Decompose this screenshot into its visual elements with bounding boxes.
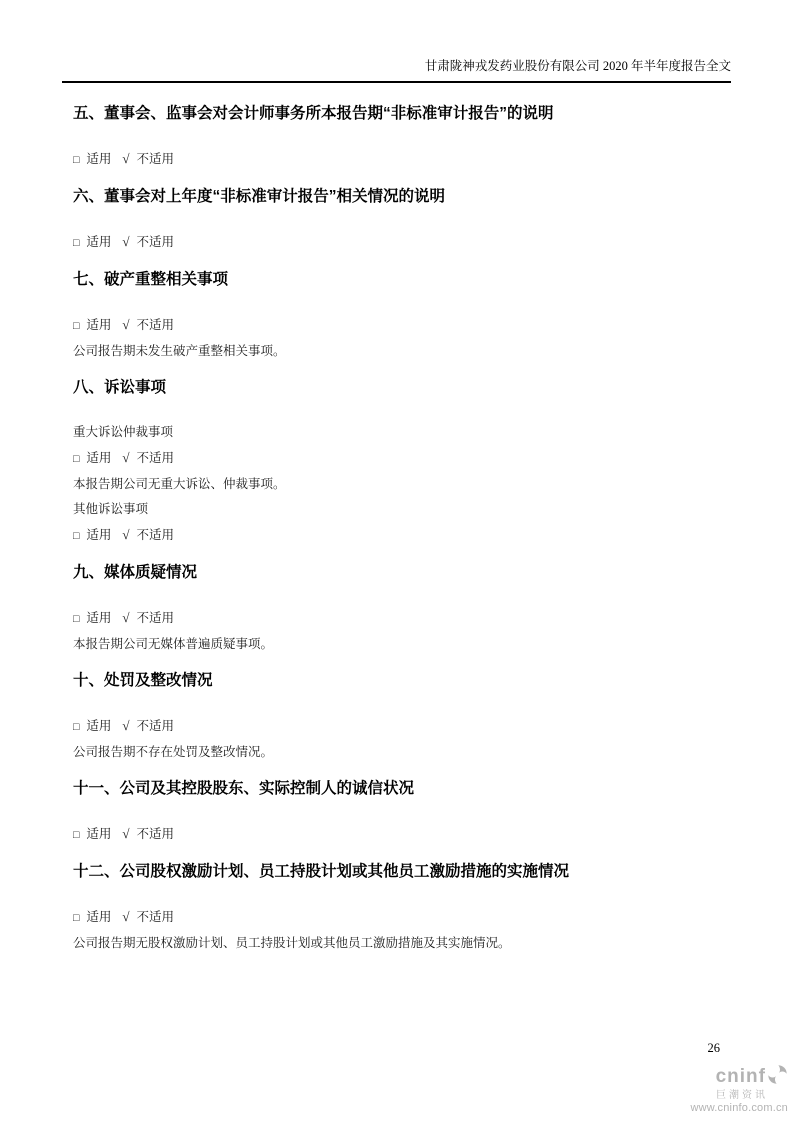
- section-7-title: 七、破产重整相关事项: [73, 269, 731, 290]
- not-applicable-label: 不适用: [137, 910, 175, 924]
- applicable-label: 适用: [86, 235, 111, 249]
- applicability-line: □适用√不适用: [73, 312, 731, 339]
- checkmark-icon: √: [122, 909, 129, 924]
- section-8-note-major: 本报告期公司无重大诉讼、仲裁事项。: [73, 472, 731, 497]
- applicable-label: 适用: [86, 719, 111, 733]
- section-6-title: 六、董事会对上年度“非标准审计报告”相关情况的说明: [73, 186, 731, 207]
- applicable-label: 适用: [86, 611, 111, 625]
- applicable-label: 适用: [86, 827, 111, 841]
- page-header: 甘肃陇神戎发药业股份有限公司 2020 年半年度报告全文: [62, 57, 731, 83]
- checkbox-icon: □: [73, 830, 79, 841]
- section-6: 六、董事会对上年度“非标准审计报告”相关情况的说明 □适用√不适用: [73, 186, 731, 256]
- report-page: 甘肃陇神戎发药业股份有限公司 2020 年半年度报告全文 五、董事会、监事会对会…: [0, 0, 793, 1122]
- checkmark-icon: √: [122, 151, 129, 166]
- checkmark-icon: √: [122, 718, 129, 733]
- section-7-note: 公司报告期未发生破产重整相关事项。: [73, 339, 731, 364]
- applicability-line: □适用√不适用: [73, 146, 731, 173]
- not-applicable-label: 不适用: [137, 611, 175, 625]
- checkbox-icon: □: [73, 454, 79, 465]
- applicable-label: 适用: [86, 152, 111, 166]
- checkbox-icon: □: [73, 913, 79, 924]
- checkbox-icon: □: [73, 614, 79, 625]
- checkbox-icon: □: [73, 155, 79, 166]
- checkbox-icon: □: [73, 722, 79, 733]
- not-applicable-label: 不适用: [137, 827, 175, 841]
- header-title: 甘肃陇神戎发药业股份有限公司 2020 年半年度报告全文: [425, 59, 731, 73]
- checkmark-icon: √: [122, 234, 129, 249]
- applicability-line: □适用√不适用: [73, 713, 731, 740]
- cninfo-brand-text: cninf: [716, 1067, 766, 1088]
- section-5-title: 五、董事会、监事会对会计师事务所本报告期“非标准审计报告”的说明: [73, 103, 731, 124]
- applicable-label: 适用: [86, 318, 111, 332]
- section-9-title: 九、媒体质疑情况: [73, 562, 731, 583]
- cninfo-watermark: cninf 巨潮资讯 www.cninfo.com.cn: [690, 1064, 788, 1114]
- not-applicable-label: 不适用: [137, 451, 175, 465]
- section-7: 七、破产重整相关事项 □适用√不适用 公司报告期未发生破产重整相关事项。: [73, 269, 731, 364]
- not-applicable-label: 不适用: [137, 318, 175, 332]
- cninfo-chinese-name: 巨潮资讯: [690, 1090, 768, 1101]
- applicability-line: □适用√不适用: [73, 522, 731, 549]
- not-applicable-label: 不适用: [137, 235, 175, 249]
- section-9-note: 本报告期公司无媒体普遍质疑事项。: [73, 632, 731, 657]
- not-applicable-label: 不适用: [137, 152, 175, 166]
- checkmark-icon: √: [122, 317, 129, 332]
- applicability-line: □适用√不适用: [73, 605, 731, 632]
- section-10: 十、处罚及整改情况 □适用√不适用 公司报告期不存在处罚及整改情况。: [73, 670, 731, 765]
- cninfo-url: www.cninfo.com.cn: [690, 1102, 788, 1114]
- section-8-title: 八、诉讼事项: [73, 377, 731, 398]
- checkbox-icon: □: [73, 531, 79, 542]
- section-11-title: 十一、公司及其控股股东、实际控制人的诚信状况: [73, 778, 731, 799]
- section-10-note: 公司报告期不存在处罚及整改情况。: [73, 740, 731, 765]
- section-10-title: 十、处罚及整改情况: [73, 670, 731, 691]
- applicability-line: □适用√不适用: [73, 821, 731, 848]
- applicability-line: □适用√不适用: [73, 445, 731, 472]
- applicable-label: 适用: [86, 528, 111, 542]
- checkmark-icon: √: [122, 610, 129, 625]
- section-11: 十一、公司及其控股股东、实际控制人的诚信状况 □适用√不适用: [73, 778, 731, 848]
- section-5: 五、董事会、监事会对会计师事务所本报告期“非标准审计报告”的说明 □适用√不适用: [73, 103, 731, 173]
- section-8: 八、诉讼事项 重大诉讼仲裁事项 □适用√不适用 本报告期公司无重大诉讼、仲裁事项…: [73, 377, 731, 549]
- checkmark-icon: √: [122, 527, 129, 542]
- applicable-label: 适用: [86, 451, 111, 465]
- applicable-label: 适用: [86, 910, 111, 924]
- checkmark-icon: √: [122, 826, 129, 841]
- section-12-note: 公司报告期无股权激励计划、员工持股计划或其他员工激励措施及其实施情况。: [73, 931, 731, 956]
- section-8-subheading-other: 其他诉讼事项: [73, 497, 731, 522]
- section-12-title: 十二、公司股权激励计划、员工持股计划或其他员工激励措施的实施情况: [73, 861, 731, 882]
- applicability-line: □适用√不适用: [73, 904, 731, 931]
- cninfo-swirl-icon: [767, 1064, 788, 1090]
- page-number: 26: [708, 1041, 721, 1056]
- not-applicable-label: 不适用: [137, 719, 175, 733]
- checkmark-icon: √: [122, 450, 129, 465]
- applicability-line: □适用√不适用: [73, 229, 731, 256]
- checkbox-icon: □: [73, 321, 79, 332]
- page-content: 五、董事会、监事会对会计师事务所本报告期“非标准审计报告”的说明 □适用√不适用…: [73, 83, 731, 956]
- section-8-subheading-major: 重大诉讼仲裁事项: [73, 420, 731, 445]
- not-applicable-label: 不适用: [137, 528, 175, 542]
- section-12: 十二、公司股权激励计划、员工持股计划或其他员工激励措施的实施情况 □适用√不适用…: [73, 861, 731, 956]
- section-9: 九、媒体质疑情况 □适用√不适用 本报告期公司无媒体普遍质疑事项。: [73, 562, 731, 657]
- checkbox-icon: □: [73, 238, 79, 249]
